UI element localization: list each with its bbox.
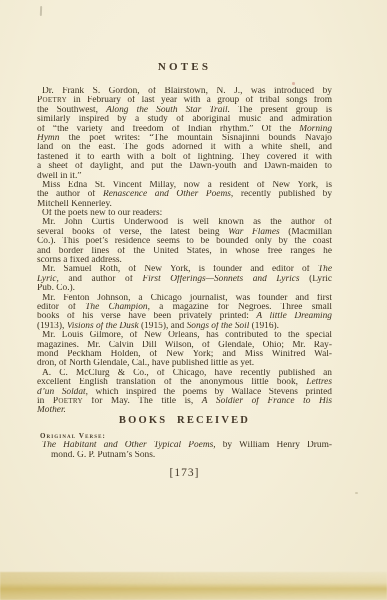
text-line: The Habitant and Other Typical Poems, by… [37,441,332,451]
text-segment: Of the poets new to our readers: [42,209,162,218]
text-line: Mr. Fenton Johnson, a Chicago journalist… [37,294,332,303]
italic-text-segment: Mother. [37,406,66,415]
italic-text-segment: Hymn [37,134,59,143]
text-line: the author of Renascence and Other Poems… [37,190,332,199]
text-line: Mr. Louis Gilmore, of New Orleans, has c… [37,331,332,340]
books-received-heading: BOOKS RECEIVED [37,415,332,426]
text-segment: a magazine for Negroes. Three small [150,303,332,312]
text-segment: Co.). This poet’s residence seems to be … [37,237,332,246]
scan-artifact [40,6,42,16]
text-line: dwell in it.” [37,172,332,181]
scan-artifact [292,82,295,85]
text-line: in Poetry for May. The title is, A Soldi… [37,397,332,406]
paragraph: A. C. McClurg & Co., of Chicago, have re… [37,369,332,416]
text-line: Mitchell Kennerley. [37,200,332,209]
text-line: books of his verse have been privately p… [37,312,332,321]
text-segment: several books of verse, the latest being [37,228,228,237]
text-line: Of the poets new to our readers: [37,209,332,218]
italic-text-segment: First Offerings—Sonnets and Lyrics [142,275,299,284]
text-segment: (1915), and [139,322,187,331]
text-line: Dr. Frank S. Gordon, of Blairstown, N. J… [37,87,332,96]
text-segment: excellent English translation of the ano… [37,378,306,387]
text-line: mond. G. P. Putnam’s Sons. [37,451,332,461]
text-segment: Dr. Frank S. Gordon, of Blairstown, N. J… [42,87,332,96]
paragraph: Mr. Samuel Roth, of New York, is founder… [37,265,332,293]
text-line: (1913), Visions of the Dusk (1915), and … [37,322,332,331]
text-segment: Mr. Louis Gilmore, of New Orleans, has c… [42,331,332,340]
text-segment: books of his verse have been privately p… [37,312,256,321]
text-line: editor of The Champion, a magazine for N… [37,303,332,312]
italic-text-segment: The Champion, [85,303,150,312]
italic-text-segment: Along the South Star Trail. [106,106,230,115]
text-segment: of “the variety and freedom of Indian rh… [37,125,299,134]
text-line: A. C. McClurg & Co., of Chicago, have re… [37,369,332,378]
text-line: Pub. Co.). [37,284,332,293]
text-line: fastened it to earth with a bolt of ligh… [37,153,332,162]
text-line: the Southwest, Along the South Star Trai… [37,106,332,115]
italic-text-segment: A little Dreaming [256,312,332,321]
text-segment: editor of [37,303,85,312]
text-segment: which inspired the poems by Wallace Stev… [88,388,332,397]
text-segment: the Southwest, [37,106,106,115]
books-received-entry: The Habitant and Other Typical Poems, by… [37,441,332,460]
text-segment: mond Peckham Holden, of New York; and Mi… [37,350,332,359]
text-segment: in February of last year with a group of… [67,96,332,105]
smallcaps-text-segment: Poetry [53,397,83,406]
paragraph: Mr. John Curtis Underwood is well known … [37,218,332,265]
italic-text-segment: Songs of the Soil [187,322,250,331]
smallcaps-text-segment: Poetry [37,96,67,105]
notes-body-text: Dr. Frank S. Gordon, of Blairstown, N. J… [37,87,332,416]
text-segment: mond. G. P. Putnam’s Sons. [51,451,155,460]
text-segment: recently published by [233,190,332,199]
italic-text-segment: War Flames [228,228,279,237]
text-segment: Mr. John Curtis Underwood is well known … [42,218,332,227]
text-line: Mr. John Curtis Underwood is well known … [37,218,332,227]
paragraph: Mr. Louis Gilmore, of New Orleans, has c… [37,331,332,369]
italic-text-segment: Renascence and Other Poems, [103,190,233,199]
text-line: Hymn the poet writes: “The mountain Sisn… [37,134,332,143]
text-segment: similarly inspired by a study of aborigi… [37,115,332,124]
paragraph: Dr. Frank S. Gordon, of Blairstown, N. J… [37,87,332,181]
text-line: Poetry in February of last year with a g… [37,96,332,105]
italic-text-segment: Lettres [306,378,332,387]
text-line: mond Peckham Holden, of New York; and Mi… [37,350,332,359]
text-segment: scorns a fixed address. [37,256,122,265]
text-line: a sheet of daylight, and put the Dawn-yo… [37,162,332,171]
text-segment: in [37,397,53,406]
italic-text-segment: Morning [299,125,332,134]
italic-text-segment: The Habitant and Other Typical Poems, [42,441,216,450]
text-segment: the poet writes: “The mountain Sisnajinn… [59,134,332,143]
page-number: [173] [37,467,332,479]
text-line: several books of verse, the latest being… [37,228,332,237]
italic-text-segment: d’un Soldat, [37,388,88,397]
text-segment: The present group is [230,106,332,115]
text-line: Co.). This poet’s residence seems to be … [37,237,332,246]
text-segment: (Macmillan [280,228,332,237]
text-segment: and author of [59,275,143,284]
page-bottom-edge-shadow [0,572,387,600]
italic-text-segment: The [318,265,332,274]
text-segment: dwell in it.” [37,172,82,181]
text-segment: for May. The title is, [83,397,202,406]
text-segment: Mr. Samuel Roth, of New York, is founder… [42,265,318,274]
original-verse-label: Original Verse: [40,432,106,440]
text-line: d’un Soldat, which inspired the poems by… [37,388,332,397]
text-segment: by William Henry Drum- [216,441,332,450]
notes-heading: NOTES [37,61,332,73]
text-line: magazines. Mr. Calvin Dill Wilson, of Gl… [37,341,332,350]
text-segment: Miss Edna St. Vincent Millay, now a resi… [42,181,332,190]
text-line: Mr. Samuel Roth, of New York, is founder… [37,265,332,274]
text-line: of “the variety and freedom of Indian rh… [37,125,332,134]
paragraph: Miss Edna St. Vincent Millay, now a resi… [37,181,332,209]
text-segment: dron, of North Glendale, Cal., have publ… [37,359,254,368]
text-segment: (1913), [37,322,67,331]
text-segment: (Lyric [300,275,332,284]
text-segment: the author of [37,190,103,199]
paragraph: Mr. Fenton Johnson, a Chicago journalist… [37,294,332,332]
paragraph: Of the poets new to our readers: [37,209,332,218]
text-segment: and border lines of the United States, i… [37,247,332,256]
text-line: excellent English translation of the ano… [37,378,332,387]
text-segment: fastened it to earth with a bolt of ligh… [37,153,332,162]
text-line: and border lines of the United States, i… [37,247,332,256]
text-segment: A. C. McClurg & Co., of Chicago, have re… [42,369,332,378]
italic-text-segment: Lyric, [37,275,59,284]
text-line: dron, of North Glendale, Cal., have publ… [37,359,332,368]
text-line: Lyric, and author of First Offerings—Son… [37,275,332,284]
text-line: scorns a fixed address. [37,256,332,265]
text-segment: a sheet of daylight, and put the Dawn-yo… [37,162,332,171]
scanned-book-page: NOTES Dr. Frank S. Gordon, of Blairstown… [0,0,387,600]
italic-text-segment: A Soldier of France to His [202,397,332,406]
text-segment: Mitchell Kennerley. [37,200,112,209]
text-line: land on the east. The gods adorned it wi… [37,143,332,152]
text-segment: land on the east. The gods adorned it wi… [37,143,332,152]
scan-artifact [355,492,358,494]
text-line: similarly inspired by a study of aborigi… [37,115,332,124]
italic-text-segment: Visions of the Dusk [67,322,139,331]
text-line: Miss Edna St. Vincent Millay, now a resi… [37,181,332,190]
text-segment: magazines. Mr. Calvin Dill Wilson, of Gl… [37,341,332,350]
text-segment: Mr. Fenton Johnson, a Chicago journalist… [42,294,332,303]
text-segment: (1916). [249,322,279,331]
text-segment: Pub. Co.). [37,284,75,293]
